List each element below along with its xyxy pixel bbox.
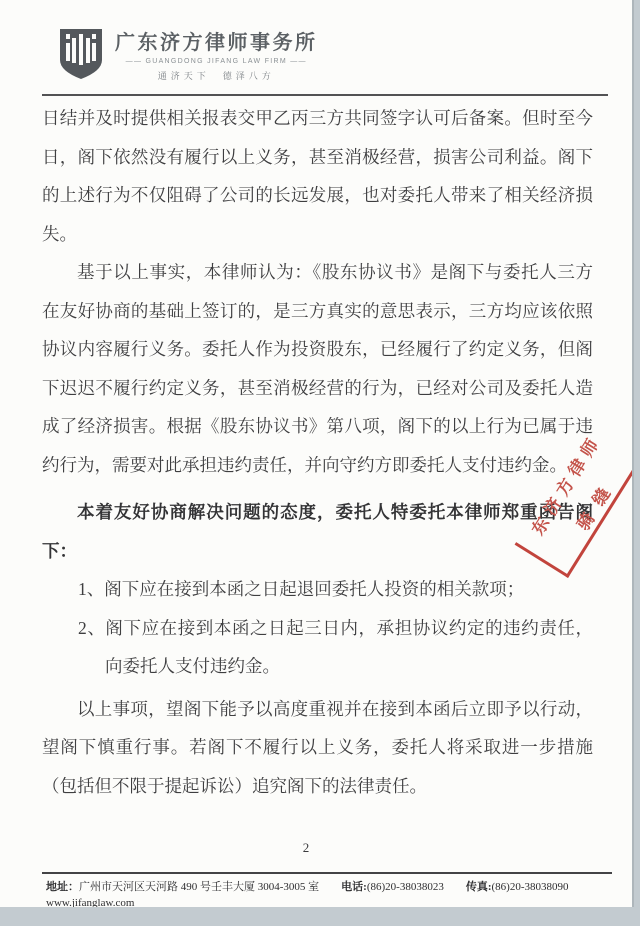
footer-website: www.jifanglaw.com	[46, 896, 608, 907]
footer-contact-line: 地址：广州市天河区天河路 490 号壬丰大厦 3004-3005 室 电话:(8…	[46, 880, 608, 895]
address-value: 广州市天河区天河路 490 号壬丰大厦 3004-3005 室	[79, 881, 319, 893]
header-divider	[42, 94, 608, 96]
firm-name-en: —— GUANGDONG JIFANG LAW FIRM ——	[126, 58, 307, 65]
footer-fax: 传真:(86)20-38038090	[466, 880, 569, 895]
paragraph-demand-intro: 本着友好协商解决问题的态度，委托人特委托本律师郑重函告阁下：	[42, 493, 593, 570]
fax-value: (86)20-38038090	[492, 881, 569, 893]
phone-label: 电话:	[341, 881, 367, 893]
paragraph-legal-opinion: 基于以上事实，本律师认为：《股东协议书》是阁下与委托人三方在友好协商的基础上签订…	[42, 253, 593, 484]
footer: 地址：广州市天河区天河路 490 号壬丰大厦 3004-3005 室 电话:(8…	[46, 880, 608, 907]
letter-page: 广东济方律师事务所 —— GUANGDONG JIFANG LAW FIRM —…	[0, 0, 634, 907]
footer-address: 地址：广州市天河区天河路 490 号壬丰大厦 3004-3005 室	[46, 880, 319, 895]
paragraph-closing: 以上事项，望阁下能予以高度重视并在接到本函后立即予以行动，望阁下慎重行事。若阁下…	[42, 690, 593, 806]
firm-name-block: 广东济方律师事务所 —— GUANGDONG JIFANG LAW FIRM —…	[115, 26, 318, 82]
footer-phone: 电话:(86)20-38038023	[341, 880, 444, 895]
paragraph-continuation: 日结并及时提供相关报表交甲乙丙三方共同签字认可后备案。但时至今日，阁下依然没有履…	[42, 99, 593, 253]
firm-name-cn: 广东济方律师事务所	[115, 26, 318, 55]
letterhead: 广东济方律师事务所 —— GUANGDONG JIFANG LAW FIRM —…	[58, 26, 318, 82]
fax-label: 传真:	[466, 881, 492, 893]
scanned-letter-photo: { "header": { "firm_name_cn": "广东济方律师事务所…	[0, 0, 640, 926]
footer-divider	[42, 872, 612, 874]
address-label: 地址：	[46, 881, 79, 893]
page-number: 2	[0, 840, 612, 856]
letter-body: 日结并及时提供相关报表交甲乙丙三方共同签字认可后备案。但时至今日，阁下依然没有履…	[42, 99, 593, 805]
demand-item-1: 1、阁下应在接到本函之日起退回委托人投资的相关款项；	[42, 570, 593, 609]
firm-logo-shield-icon	[58, 27, 104, 81]
phone-value: (86)20-38038023	[367, 881, 444, 893]
demand-item-2: 2、阁下应在接到本函之日起三日内，承担协议约定的违约责任，向委托人支付违约金。	[42, 609, 593, 686]
firm-slogan: 通济天下 德泽八方	[158, 69, 275, 82]
